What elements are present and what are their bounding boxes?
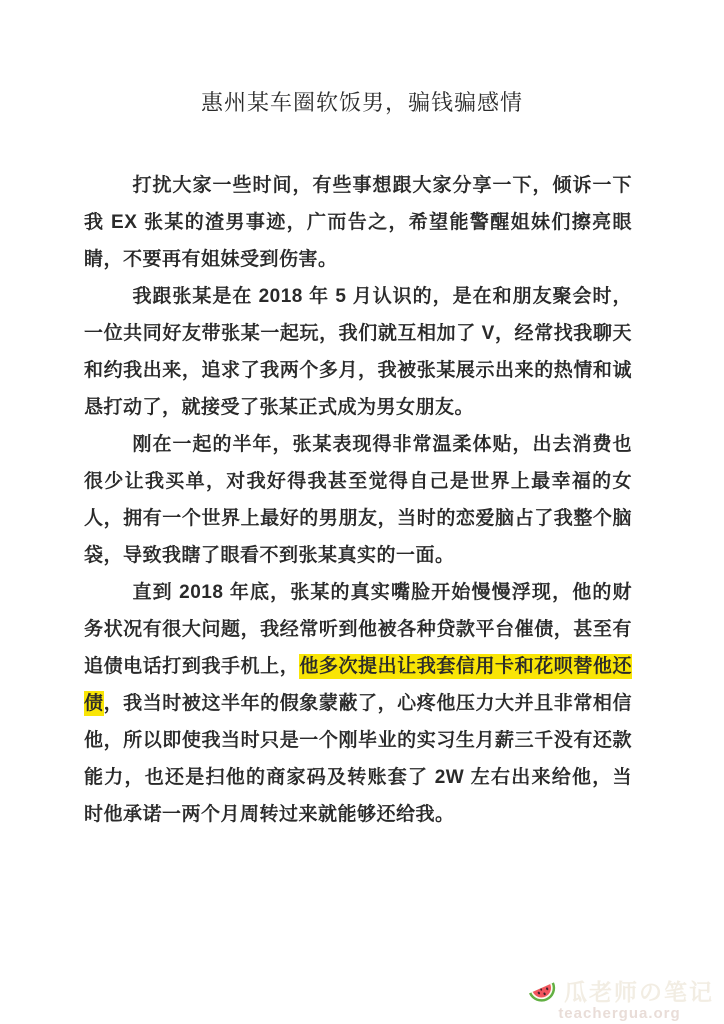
paragraph: 打扰大家一些时间，有些事想跟大家分享一下，倾诉一下我 EX 张某的渣男事迹，广而… bbox=[84, 167, 632, 278]
text-segment: 刚在一起的半年，张某表现得非常温柔体贴，出去消费也很少让我买单，对我好得我甚至觉… bbox=[84, 434, 632, 566]
watermark-brand-text: 瓜老师の笔记 bbox=[564, 974, 714, 1007]
text-segment: 我跟张某是在 2018 年 5 月认识的，是在和朋友聚会时，一位共同好友带张某一… bbox=[84, 286, 632, 418]
document-title: 惠州某车圈软饭男，骗钱骗感情 bbox=[0, 86, 724, 117]
document-page: 惠州某车圈软饭男，骗钱骗感情 打扰大家一些时间，有些事想跟大家分享一下，倾诉一下… bbox=[0, 0, 724, 1024]
watermark: 瓜老师の笔记 teachergua.org bbox=[525, 974, 714, 1022]
paragraph: 刚在一起的半年，张某表现得非常温柔体贴，出去消费也很少让我买单，对我好得我甚至觉… bbox=[84, 426, 632, 574]
text-segment: ，我当时被这半年的假象蒙蔽了，心疼他压力大并且非常相信他，所以即使我当时只是一个… bbox=[84, 693, 632, 825]
watermelon-icon bbox=[525, 976, 561, 1006]
watermark-url-text: teachergua.org bbox=[525, 1005, 714, 1022]
watermark-row: 瓜老师の笔记 bbox=[525, 974, 714, 1007]
article-body: 打扰大家一些时间，有些事想跟大家分享一下，倾诉一下我 EX 张某的渣男事迹，广而… bbox=[84, 167, 632, 833]
paragraph: 我跟张某是在 2018 年 5 月认识的，是在和朋友聚会时，一位共同好友带张某一… bbox=[84, 278, 632, 426]
text-segment: 打扰大家一些时间，有些事想跟大家分享一下，倾诉一下我 EX 张某的渣男事迹，广而… bbox=[84, 175, 632, 270]
paragraph: 直到 2018 年底，张某的真实嘴脸开始慢慢浮现，他的财务状况有很大问题，我经常… bbox=[84, 574, 632, 833]
